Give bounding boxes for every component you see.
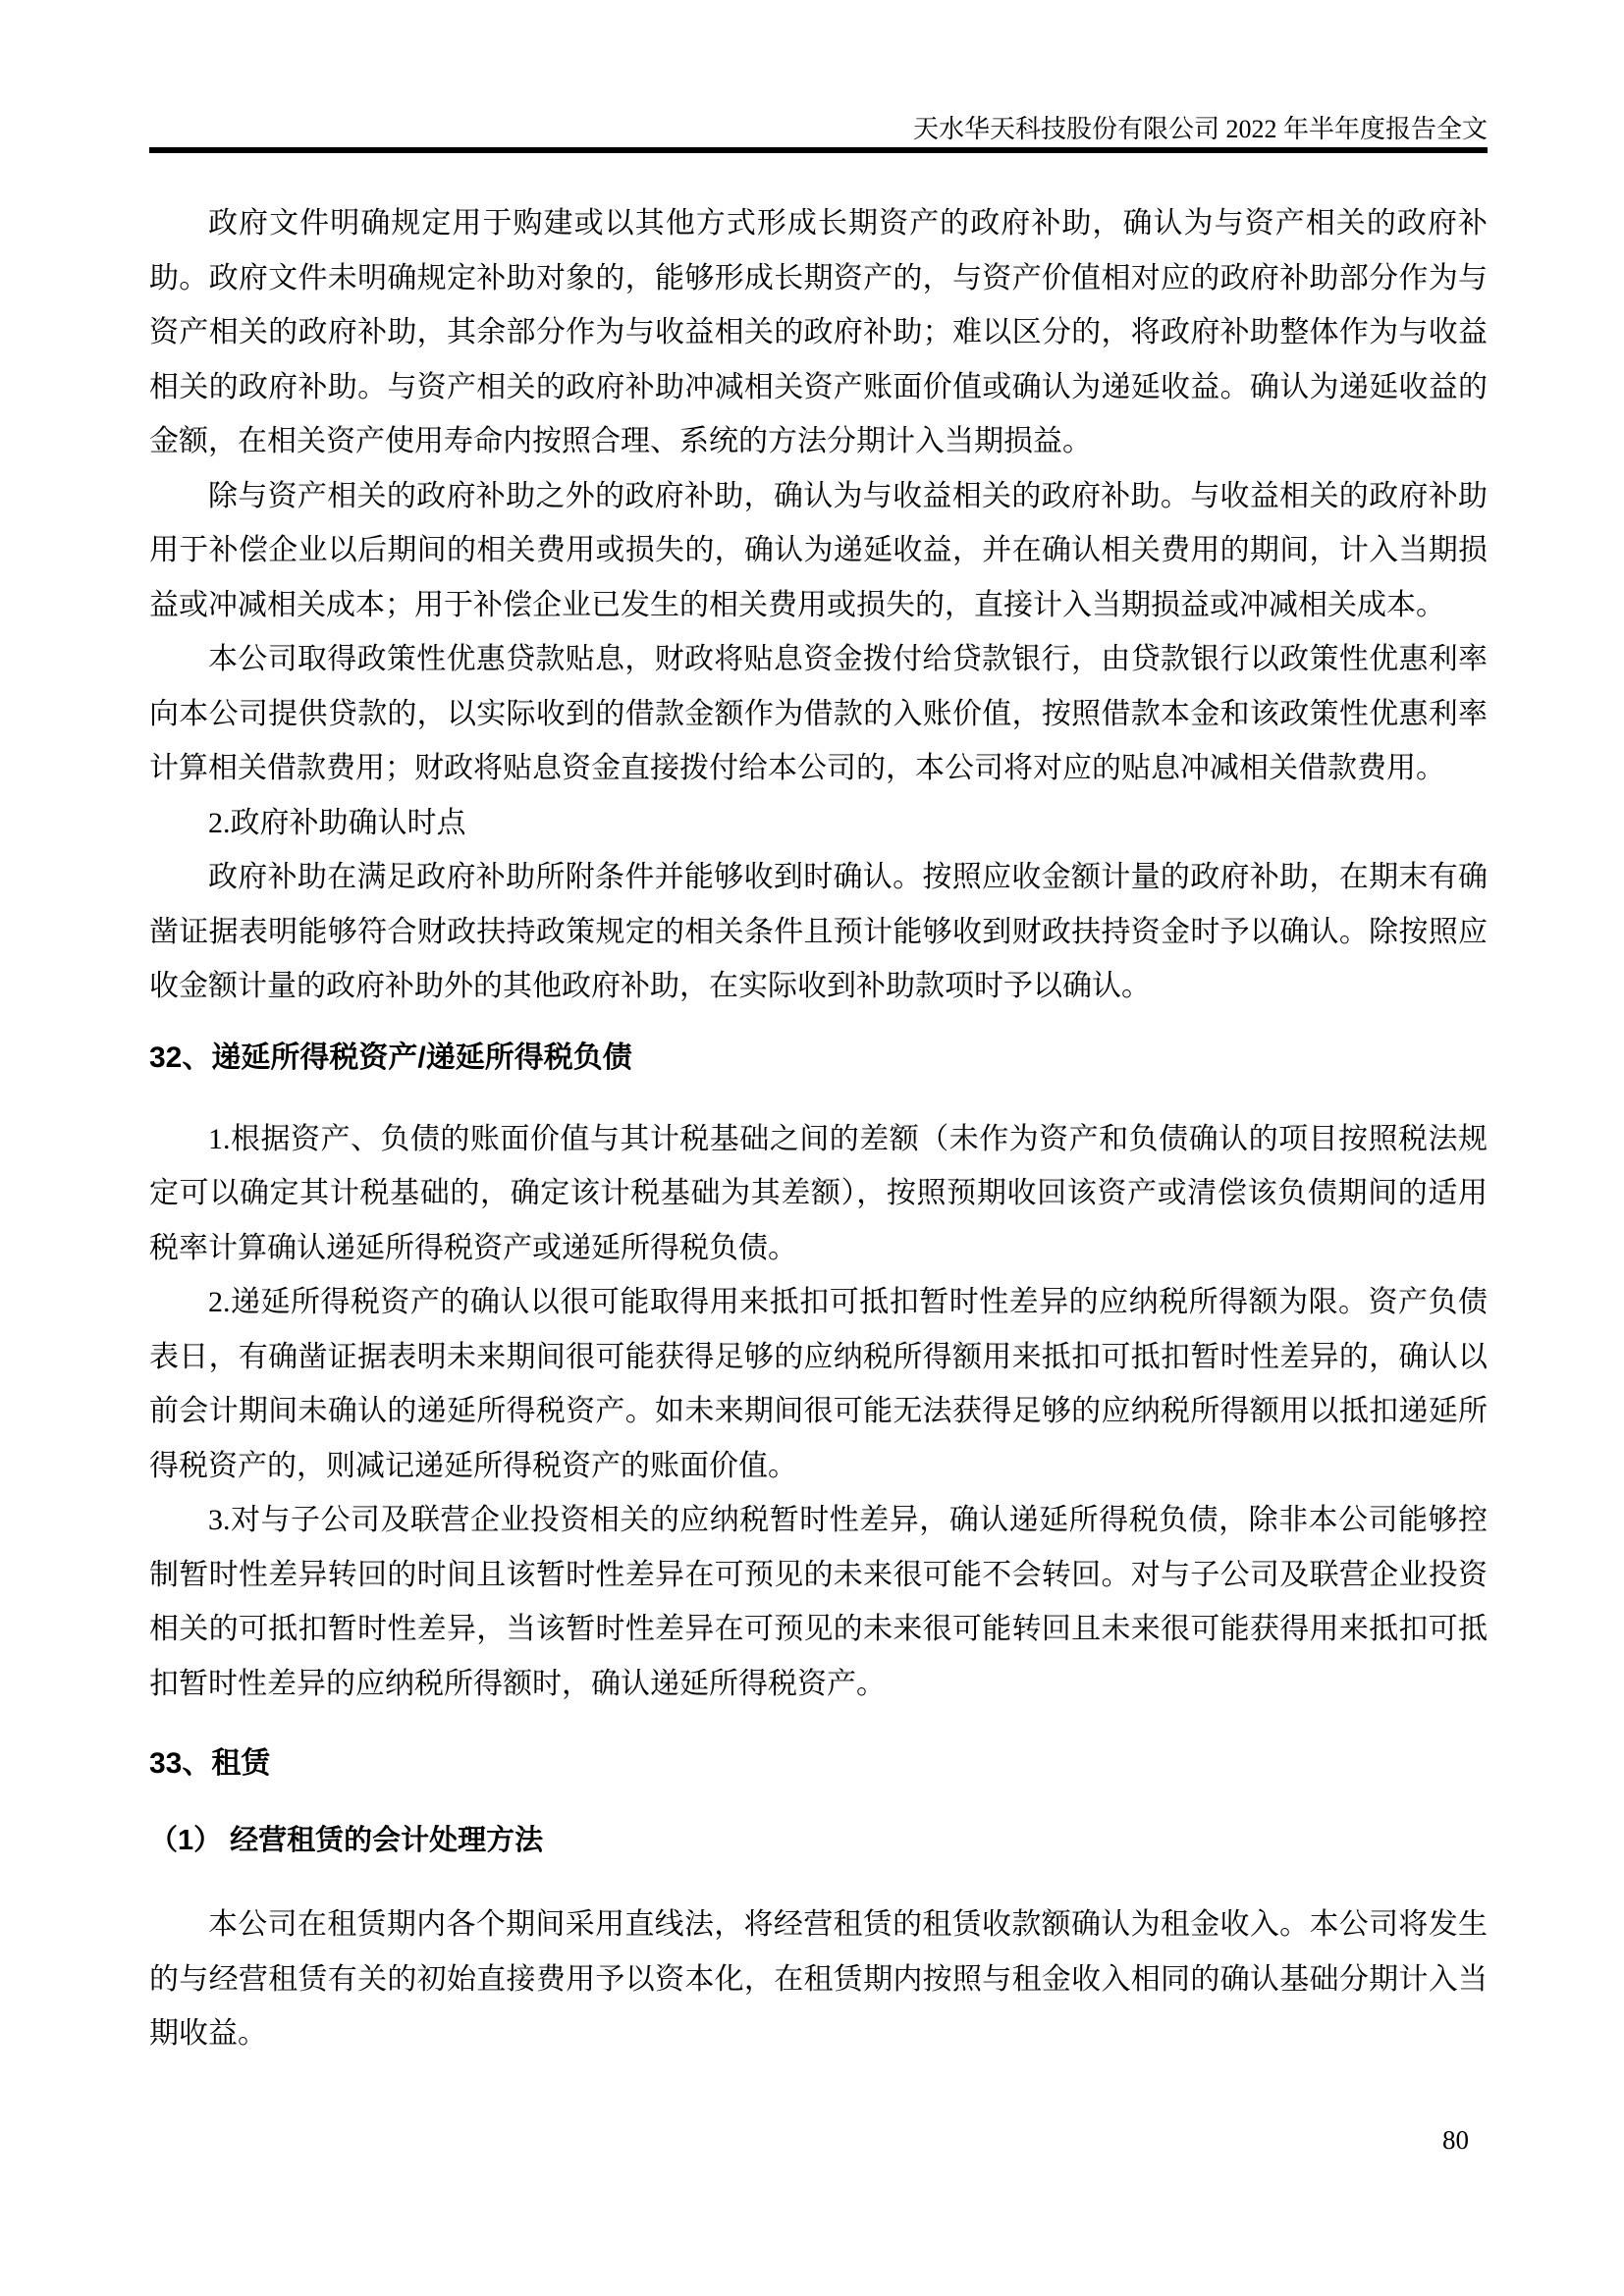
document-body: 政府文件明确规定用于购建或以其他方式形成长期资产的政府补助，确认为与资产相关的政… [149, 196, 1488, 2061]
paragraph-tax-base-difference: 1.根据资产、负债的账面价值与其计税基础之间的差额（未作为资产和负债确认的项目按… [149, 1112, 1488, 1276]
line-grant-recognition-timing: 2.政府补助确认时点 [149, 796, 1488, 851]
paragraph-asset-related-grants: 政府文件明确规定用于购建或以其他方式形成长期资产的政府补助，确认为与资产相关的政… [149, 196, 1488, 469]
subheading-operating-lease-method: （1） 经营租赁的会计处理方法 [149, 1820, 1488, 1861]
heading-33-lease: 33、租赁 [149, 1742, 1488, 1786]
paragraph-operating-lease-straight-line: 本公司在租赁期内各个期间采用直线法，将经营租赁的租赁收款额确认为租金收入。本公司… [149, 1897, 1488, 2061]
page-footer: 80 [1442, 2125, 1469, 2155]
report-header-title: 天水华天科技股份有限公司 2022 年半年度报告全文 [149, 115, 1488, 144]
paragraph-subsidiary-temporary-difference: 3.对与子公司及联营企业投资相关的应纳税暂时性差异，确认递延所得税负债，除非本公… [149, 1493, 1488, 1711]
paragraph-income-related-grants: 除与资产相关的政府补助之外的政府补助，确认为与收益相关的政府补助。与收益相关的政… [149, 469, 1488, 633]
paragraph-deferred-tax-asset-limit: 2.递延所得税资产的确认以很可能取得用来抵扣可抵扣暂时性差异的应纳税所得额为限。… [149, 1275, 1488, 1493]
content-area: 天水华天科技股份有限公司 2022 年半年度报告全文 政府文件明确规定用于购建或… [149, 0, 1488, 2061]
heading-32-deferred-tax: 32、递延所得税资产/递延所得税负债 [149, 1037, 1488, 1080]
page-header: 天水华天科技股份有限公司 2022 年半年度报告全文 [149, 0, 1488, 153]
page-number: 80 [1442, 2125, 1469, 2155]
paragraph-grant-recognition: 政府补助在满足政府补助所附条件并能够收到时确认。按照应收金额计量的政府补助，在期… [149, 850, 1488, 1014]
report-page: 天水华天科技股份有限公司 2022 年半年度报告全文 政府文件明确规定用于购建或… [0, 0, 1624, 2296]
paragraph-policy-loan-discount: 本公司取得政策性优惠贷款贴息，财政将贴息资金拨付给贷款银行，由贷款银行以政策性优… [149, 632, 1488, 796]
